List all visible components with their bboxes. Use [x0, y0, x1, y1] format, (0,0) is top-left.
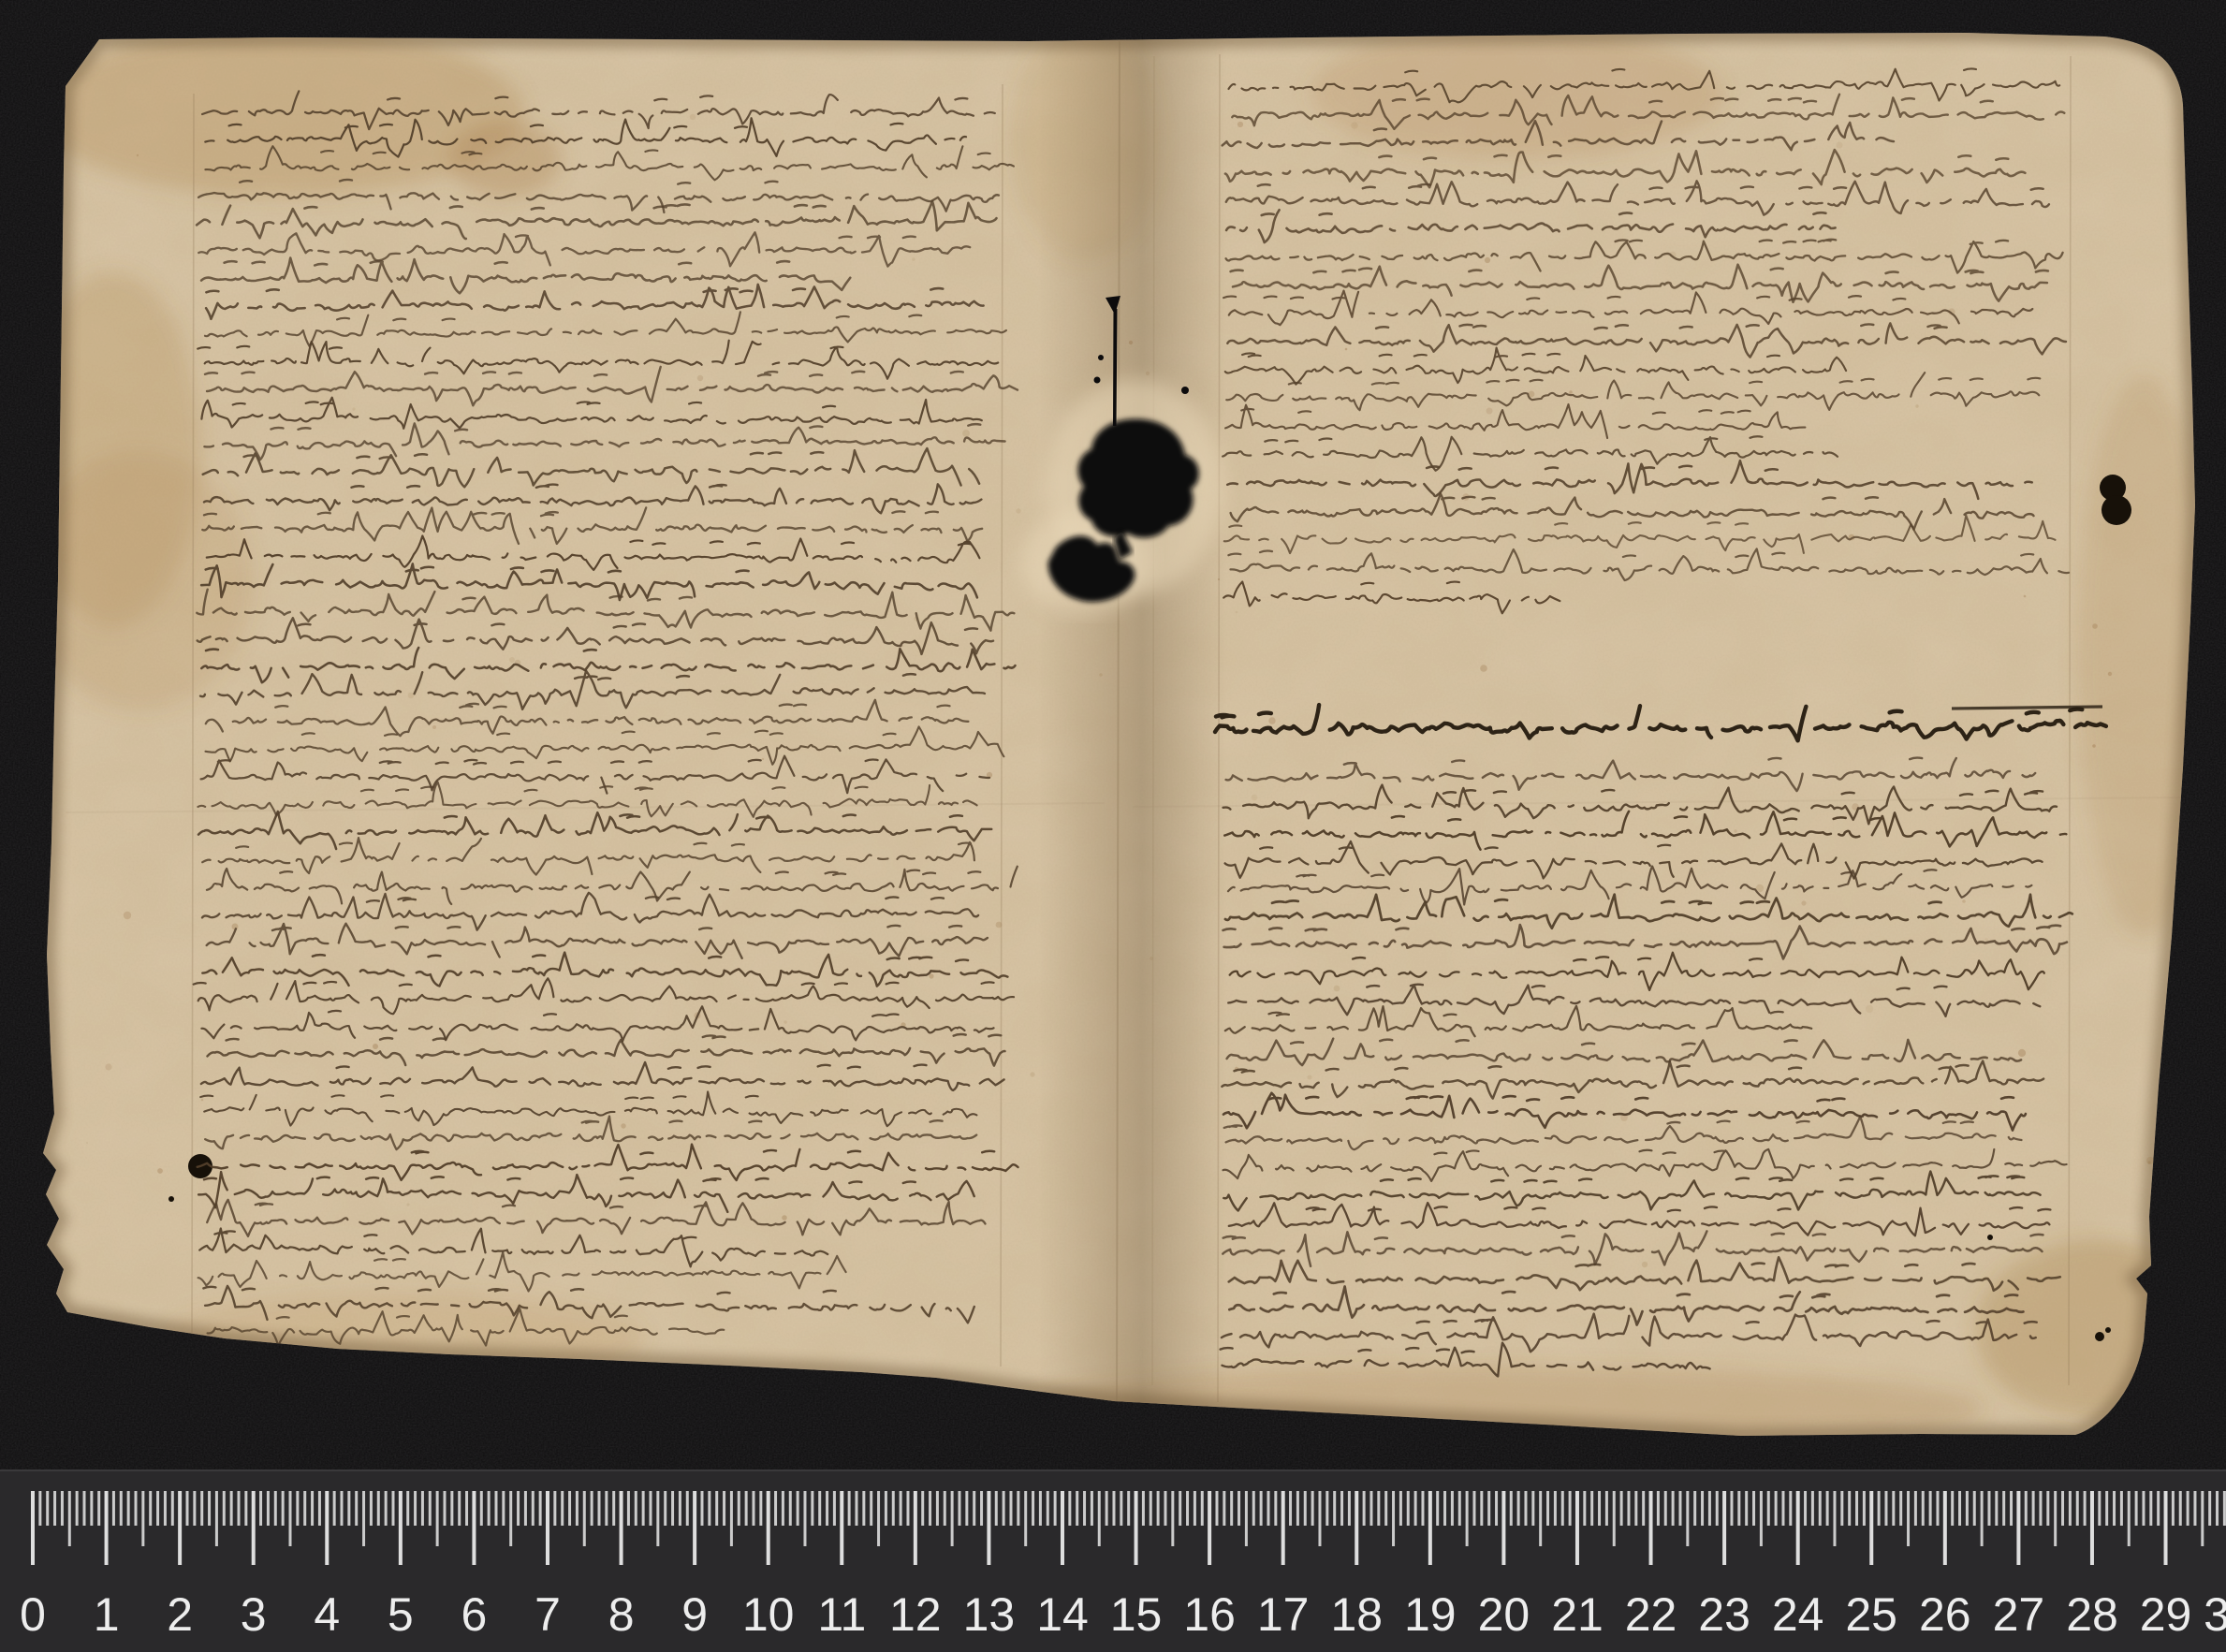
- ruler-tick: [2046, 1491, 2049, 1526]
- ruler-tick: [2054, 1491, 2057, 1546]
- ruler-tick: [1399, 1491, 1402, 1526]
- foxing-spot: [929, 973, 933, 978]
- ruler-tick: [311, 1491, 314, 1526]
- ruler-tick: [1796, 1491, 1800, 1565]
- ruler-tick: [944, 1491, 946, 1526]
- ruler-tick: [921, 1491, 924, 1526]
- ruler-tick: [591, 1491, 593, 1526]
- ruler-tick: [2187, 1491, 2189, 1526]
- ruler-tick: [2142, 1491, 2145, 1526]
- ruler-tick: [1120, 1491, 1122, 1526]
- ruler-tick: [553, 1491, 556, 1526]
- ruler-tick: [488, 1491, 491, 1526]
- ruler-tick: [215, 1491, 218, 1546]
- ruler-tick: [2193, 1491, 2196, 1526]
- ruler-tick: [797, 1491, 799, 1526]
- ruler-tick: [1649, 1491, 1653, 1565]
- ruler-tick: [906, 1491, 909, 1526]
- ruler-tick: [1973, 1491, 1976, 1526]
- ruler-tick: [1995, 1491, 1998, 1526]
- ruler-tick: [1869, 1491, 1873, 1565]
- ruler-label: 4: [314, 1588, 340, 1641]
- foxing-spot: [1345, 348, 1348, 351]
- ruler-tick: [1716, 1491, 1719, 1526]
- ruler-tick: [642, 1491, 645, 1526]
- ruler-tick: [450, 1491, 453, 1526]
- foxing-spot: [1569, 390, 1573, 394]
- foxing-spot: [1252, 795, 1258, 801]
- ruler-tick: [1826, 1491, 1829, 1526]
- ruler-tick: [752, 1491, 754, 1526]
- ruler-tick: [1230, 1491, 1233, 1526]
- ruler-tick: [31, 1491, 35, 1565]
- ruler-label: 7: [535, 1588, 561, 1641]
- ruler-tick: [391, 1491, 394, 1526]
- ruler-tick: [635, 1491, 637, 1526]
- ruler-tick: [1171, 1491, 1174, 1546]
- ruler-tick: [1304, 1491, 1307, 1526]
- ruler-tick: [700, 1491, 703, 1526]
- ruler-tick: [620, 1491, 623, 1565]
- ruler-tick: [1678, 1491, 1681, 1526]
- ruler-tick: [1186, 1491, 1189, 1526]
- foxing-spot: [352, 407, 355, 410]
- ruler-tick: [1407, 1491, 1410, 1526]
- ruler-tick: [723, 1491, 725, 1526]
- ruler-label: 9: [681, 1588, 708, 1641]
- ruler-tick: [1032, 1491, 1034, 1526]
- ruler-tick: [2128, 1491, 2131, 1546]
- ruler-tick: [429, 1491, 432, 1526]
- ruler-tick: [1730, 1491, 1733, 1526]
- ruler-tick: [1892, 1491, 1895, 1526]
- ruler-tick: [274, 1491, 277, 1526]
- foxing-spot: [1801, 900, 1806, 905]
- ruler-tick: [333, 1491, 336, 1526]
- ruler-label: 17: [1257, 1588, 1310, 1641]
- parchment-texture: [23, 19, 2219, 1451]
- ruler-tick: [686, 1491, 689, 1526]
- ruler-tick: [112, 1491, 115, 1526]
- ruler-tick: [1451, 1491, 1454, 1526]
- ruler-tick: [1325, 1491, 1328, 1526]
- ruler-tick: [1510, 1491, 1513, 1526]
- ruler-tick: [472, 1491, 476, 1565]
- ink-spot: [1987, 1235, 1993, 1240]
- ruler-tick: [1363, 1491, 1366, 1526]
- ruler-tick: [238, 1491, 241, 1526]
- ruler-tick: [2010, 1491, 2013, 1526]
- ruler-tick: [1384, 1491, 1387, 1526]
- ruler-tick: [2032, 1491, 2035, 1526]
- ink-blot-right-margin: [2102, 495, 2131, 525]
- ruler-tick: [1421, 1491, 1424, 1526]
- ruler-tick: [2149, 1491, 2152, 1526]
- ruler-tick: [583, 1491, 586, 1546]
- ruler-tick: [1943, 1491, 1947, 1565]
- ruler-tick: [1260, 1491, 1263, 1526]
- ruler-tick: [2105, 1491, 2108, 1526]
- ruler-tick: [1223, 1491, 1225, 1526]
- ruler-tick: [1106, 1491, 1108, 1526]
- ruler-tick: [1752, 1491, 1755, 1526]
- ruler-tick: [848, 1491, 851, 1526]
- ruler-tick: [1083, 1491, 1086, 1526]
- ruler-tick: [1554, 1491, 1557, 1526]
- ruler-tick: [2208, 1491, 2211, 1526]
- ink-spot: [2105, 1327, 2111, 1333]
- ruler-tick: [1672, 1491, 1675, 1526]
- foxing-spot: [86, 1142, 88, 1144]
- ruler-tick: [965, 1491, 968, 1526]
- ruler-tick: [2179, 1491, 2182, 1526]
- ruler-tick: [1855, 1491, 1858, 1526]
- ruler-tick: [2216, 1491, 2219, 1526]
- ruler-tick: [1708, 1491, 1711, 1526]
- ruler-tick: [1833, 1491, 1836, 1546]
- ruler-label: 12: [889, 1588, 942, 1641]
- foxing-spot: [1866, 1005, 1873, 1013]
- ruler-tick: [1237, 1491, 1240, 1526]
- ruler-tick: [46, 1491, 49, 1526]
- foxing-spot: [1308, 1075, 1312, 1080]
- ruler-tick: [458, 1491, 461, 1526]
- ruler-tick: [1003, 1491, 1005, 1526]
- ruler-tick: [1987, 1491, 1990, 1526]
- parchment-bifolium: [23, 19, 2219, 1451]
- ruler-tick: [267, 1491, 270, 1526]
- foxing-spot: [962, 430, 970, 437]
- foxing-spot: [1099, 673, 1103, 677]
- ruler-tick: [1039, 1491, 1042, 1526]
- ruler-tick: [605, 1491, 608, 1526]
- ruler-tick: [1112, 1491, 1115, 1526]
- ruler-tick: [1899, 1491, 1902, 1526]
- ruler-tick: [83, 1491, 86, 1526]
- ruler-tick: [2164, 1491, 2168, 1565]
- ruler-tick: [708, 1491, 710, 1526]
- foxing-spot: [157, 1168, 163, 1174]
- ruler-tick: [296, 1491, 299, 1526]
- ruler-tick: [1701, 1491, 1704, 1526]
- ruler-tick: [1142, 1491, 1145, 1526]
- ruler-tick: [1392, 1491, 1395, 1546]
- ruler-label: 21: [1551, 1588, 1604, 1641]
- ruler-tick: [987, 1491, 990, 1565]
- ruler-tick: [862, 1491, 865, 1526]
- ruler-tick: [855, 1491, 857, 1526]
- ruler-label: 10: [742, 1588, 795, 1641]
- ruler-tick: [759, 1491, 762, 1526]
- ruler-tick: [252, 1491, 256, 1565]
- foxing-spot: [2018, 1049, 2026, 1057]
- foxing-spot: [2092, 744, 2096, 748]
- ruler-tick: [68, 1491, 71, 1546]
- foxing-spot: [1837, 142, 1843, 149]
- manuscript-photo-canvas: 0123456789101112131415161718192021222324…: [0, 0, 2226, 1652]
- ruler-tick: [1863, 1491, 1866, 1526]
- ruler-label: 13: [963, 1588, 1016, 1641]
- foxing-spot: [996, 922, 1003, 928]
- ruler-tick: [1333, 1491, 1336, 1526]
- ruler-tick: [1340, 1491, 1343, 1526]
- ruler-label: 5: [388, 1588, 414, 1641]
- ruler-label-partial: 3: [2204, 1588, 2226, 1641]
- ruler-tick: [1804, 1491, 1807, 1526]
- foxing-spot: [2092, 623, 2098, 629]
- ruler-tick: [1127, 1491, 1130, 1526]
- ruler-tick: [120, 1491, 123, 1526]
- ruler-tick: [2157, 1491, 2160, 1526]
- ruler-label: 2: [167, 1588, 193, 1641]
- ruler-tick: [465, 1491, 468, 1526]
- ruler-tick: [282, 1491, 285, 1526]
- foxing-spot: [1236, 611, 1238, 614]
- foxing-spot: [2108, 672, 2112, 676]
- ruler-tick: [303, 1491, 306, 1526]
- ruler-tick: [1267, 1491, 1269, 1526]
- foxing-spot: [1642, 1262, 1648, 1267]
- ruler-tick: [178, 1491, 182, 1565]
- ruler-tick: [1414, 1491, 1417, 1526]
- ruler-tick: [193, 1491, 196, 1526]
- ruler: 0123456789101112131415161718192021222324…: [0, 1469, 2226, 1652]
- ruler-tick: [995, 1491, 998, 1526]
- foxing-spot: [1486, 408, 1493, 415]
- ruler-tick: [76, 1491, 79, 1526]
- ruler-tick: [1054, 1491, 1057, 1526]
- ruler-tick: [200, 1491, 203, 1526]
- ruler-tick: [1737, 1491, 1740, 1526]
- ruler-tick: [671, 1491, 674, 1526]
- ruler-label: 25: [1845, 1588, 1897, 1641]
- ruler-tick: [1068, 1491, 1071, 1526]
- ruler-tick: [627, 1491, 630, 1526]
- ruler-tick: [2135, 1491, 2138, 1526]
- ruler-tick: [2113, 1491, 2116, 1526]
- ruler-tick: [597, 1491, 600, 1526]
- ruler-tick: [1620, 1491, 1623, 1526]
- ruler-tick: [1091, 1491, 1093, 1526]
- ruler-label: 11: [817, 1588, 866, 1641]
- ruler-tick: [494, 1491, 497, 1526]
- foxing-spot: [1146, 372, 1150, 375]
- foxing-spot: [407, 1204, 410, 1206]
- ruler-tick: [1061, 1491, 1064, 1565]
- ruler-tick: [900, 1491, 902, 1526]
- ruler-tick: [1789, 1491, 1792, 1526]
- ruler-tick: [1966, 1491, 1969, 1526]
- ruler-tick: [421, 1491, 424, 1526]
- foxing-spot: [1150, 957, 1153, 960]
- ruler-tick: [1936, 1491, 1939, 1526]
- ruler-tick: [1150, 1491, 1152, 1526]
- ruler-tick: [2025, 1491, 2028, 1526]
- foxing-spot: [137, 154, 139, 156]
- foxing-spot: [1268, 717, 1275, 724]
- ruler-tick: [1583, 1491, 1586, 1526]
- ruler-tick: [1781, 1491, 1784, 1526]
- ruler-tick: [561, 1491, 564, 1526]
- ruler-tick: [2076, 1491, 2079, 1526]
- ruler-tick: [1613, 1491, 1616, 1546]
- ruler-tick: [2201, 1491, 2204, 1546]
- ruler-tick: [1443, 1491, 1446, 1526]
- ruler-tick: [730, 1491, 733, 1546]
- ruler-tick: [1575, 1491, 1579, 1565]
- ruler-tick: [656, 1491, 659, 1546]
- ruler-tick: [973, 1491, 975, 1526]
- foxing-spot: [1480, 665, 1487, 672]
- ruler-label: 14: [1036, 1588, 1089, 1641]
- foxing-spot: [408, 693, 415, 699]
- ruler-tick: [2002, 1491, 2005, 1526]
- ruler-tick: [885, 1491, 887, 1526]
- foxing-spot: [2146, 1157, 2154, 1164]
- ruler-tick: [1929, 1491, 1932, 1526]
- ruler-tick: [2120, 1491, 2123, 1526]
- foxing-spot: [1734, 829, 1736, 832]
- ruler-tick: [1076, 1491, 1078, 1526]
- ruler-tick: [1598, 1491, 1601, 1526]
- foxing-spot: [1962, 899, 1966, 903]
- ruler-tick: [1517, 1491, 1520, 1526]
- ruler-tick: [1634, 1491, 1637, 1526]
- ruler-label: 24: [1772, 1588, 1824, 1641]
- foxing-spot: [690, 114, 696, 120]
- ruler-tick: [318, 1491, 321, 1526]
- ruler-tick: [612, 1491, 615, 1526]
- ruler-tick: [385, 1491, 388, 1526]
- pin-hole: [1094, 377, 1101, 384]
- ruler-tick: [767, 1491, 770, 1565]
- foxing-spot: [201, 1099, 204, 1102]
- ruler-label: 3: [241, 1588, 267, 1641]
- ruler-tick: [1377, 1491, 1380, 1526]
- ruler-tick: [1693, 1491, 1696, 1526]
- ruler-tick: [1501, 1491, 1505, 1565]
- ruler-tick: [1539, 1491, 1542, 1546]
- ruler-tick: [1009, 1491, 1012, 1526]
- ruler-tick: [1164, 1491, 1166, 1526]
- ruler-tick: [1745, 1491, 1748, 1526]
- ruler-tick: [782, 1491, 784, 1526]
- ruler-tick: [2172, 1491, 2175, 1526]
- ruler-tick: [789, 1491, 792, 1526]
- ruler-tick: [2223, 1491, 2226, 1526]
- foxing-spot: [1984, 938, 1987, 941]
- ruler-tick: [1098, 1491, 1101, 1546]
- ruler-tick: [1245, 1491, 1248, 1546]
- foxing-spot: [373, 1044, 378, 1049]
- pin-hole: [1098, 355, 1104, 360]
- ruler-tick: [164, 1491, 167, 1526]
- ruler-tick: [2098, 1491, 2101, 1526]
- ruler-tick: [517, 1491, 520, 1526]
- ruler-tick: [1767, 1491, 1770, 1526]
- ruler-tick: [1480, 1491, 1483, 1526]
- ruler-tick: [244, 1491, 247, 1526]
- ruler-tick: [1664, 1491, 1667, 1526]
- ruler-tick: [340, 1491, 343, 1526]
- ruler-tick: [1289, 1491, 1292, 1526]
- ruler-tick: [1296, 1491, 1299, 1526]
- ruler-tick: [738, 1491, 740, 1526]
- ruler-tick: [1922, 1491, 1925, 1526]
- ruler-tick: [1760, 1491, 1763, 1546]
- ruler-tick: [1561, 1491, 1564, 1526]
- ruler-tick: [1958, 1491, 1961, 1526]
- ruler-label: 1: [94, 1588, 120, 1641]
- ruler-tick: [664, 1491, 666, 1526]
- ruler-tick: [1907, 1491, 1910, 1546]
- ruler-tick: [833, 1491, 836, 1526]
- manuscript-photograph: 0123456789101112131415161718192021222324…: [0, 0, 2226, 1652]
- ruler-label: 0: [20, 1588, 46, 1641]
- ruler-tick: [524, 1491, 527, 1526]
- ruler-tick: [1981, 1491, 1984, 1546]
- ruler-label: 20: [1478, 1588, 1530, 1641]
- ruler-tick: [2069, 1491, 2072, 1526]
- ruler-tick: [1951, 1491, 1954, 1526]
- foxing-spot: [1129, 341, 1133, 344]
- ruler-tick: [377, 1491, 380, 1526]
- ruler-tick: [1281, 1491, 1285, 1565]
- ruler-tick: [576, 1491, 578, 1526]
- foxing-spot: [432, 725, 436, 729]
- ruler-label: 28: [2066, 1588, 2118, 1641]
- pin-hole: [1181, 387, 1189, 394]
- ruler-tick: [1495, 1491, 1498, 1526]
- ruler-tick: [568, 1491, 571, 1526]
- foxing-spot: [762, 758, 764, 760]
- ruler-tick: [325, 1491, 329, 1565]
- ruler-tick: [840, 1491, 843, 1565]
- ruler-tick: [1157, 1491, 1160, 1526]
- ruler-tick: [443, 1491, 446, 1526]
- ruler-tick: [980, 1491, 983, 1526]
- ruler-tick: [693, 1491, 696, 1565]
- ruler-tick: [1024, 1491, 1027, 1546]
- ruler-label: 15: [1110, 1588, 1163, 1641]
- ruler-tick: [156, 1491, 159, 1526]
- ruler-label: 29: [2140, 1588, 2192, 1641]
- foxing-spot: [509, 657, 515, 663]
- ruler-tick: [1458, 1491, 1461, 1526]
- ruler-tick: [1569, 1491, 1572, 1526]
- ruler-tick: [1722, 1491, 1726, 1565]
- ruler-label: 27: [1993, 1588, 2045, 1641]
- ruler-tick: [127, 1491, 130, 1526]
- foxing-spot: [1351, 122, 1357, 128]
- foxing-spot: [1915, 404, 1918, 407]
- ruler-tick: [2090, 1491, 2094, 1565]
- ruler-tick: [186, 1491, 189, 1526]
- ruler-tick: [929, 1491, 931, 1526]
- ruler-tick: [1311, 1491, 1314, 1526]
- ruler-tick: [1201, 1491, 1204, 1526]
- ruler-tick: [90, 1491, 93, 1526]
- ruler-tick: [1428, 1491, 1432, 1565]
- foxing-spot: [783, 1020, 787, 1024]
- ruler-tick: [135, 1491, 138, 1526]
- ruler-tick: [1472, 1491, 1475, 1526]
- ruler-tick: [1369, 1491, 1372, 1526]
- ruler-tick: [1274, 1491, 1277, 1526]
- ruler-tick: [892, 1491, 895, 1526]
- ruler-tick: [1348, 1491, 1351, 1526]
- foxing-spot: [782, 1215, 787, 1221]
